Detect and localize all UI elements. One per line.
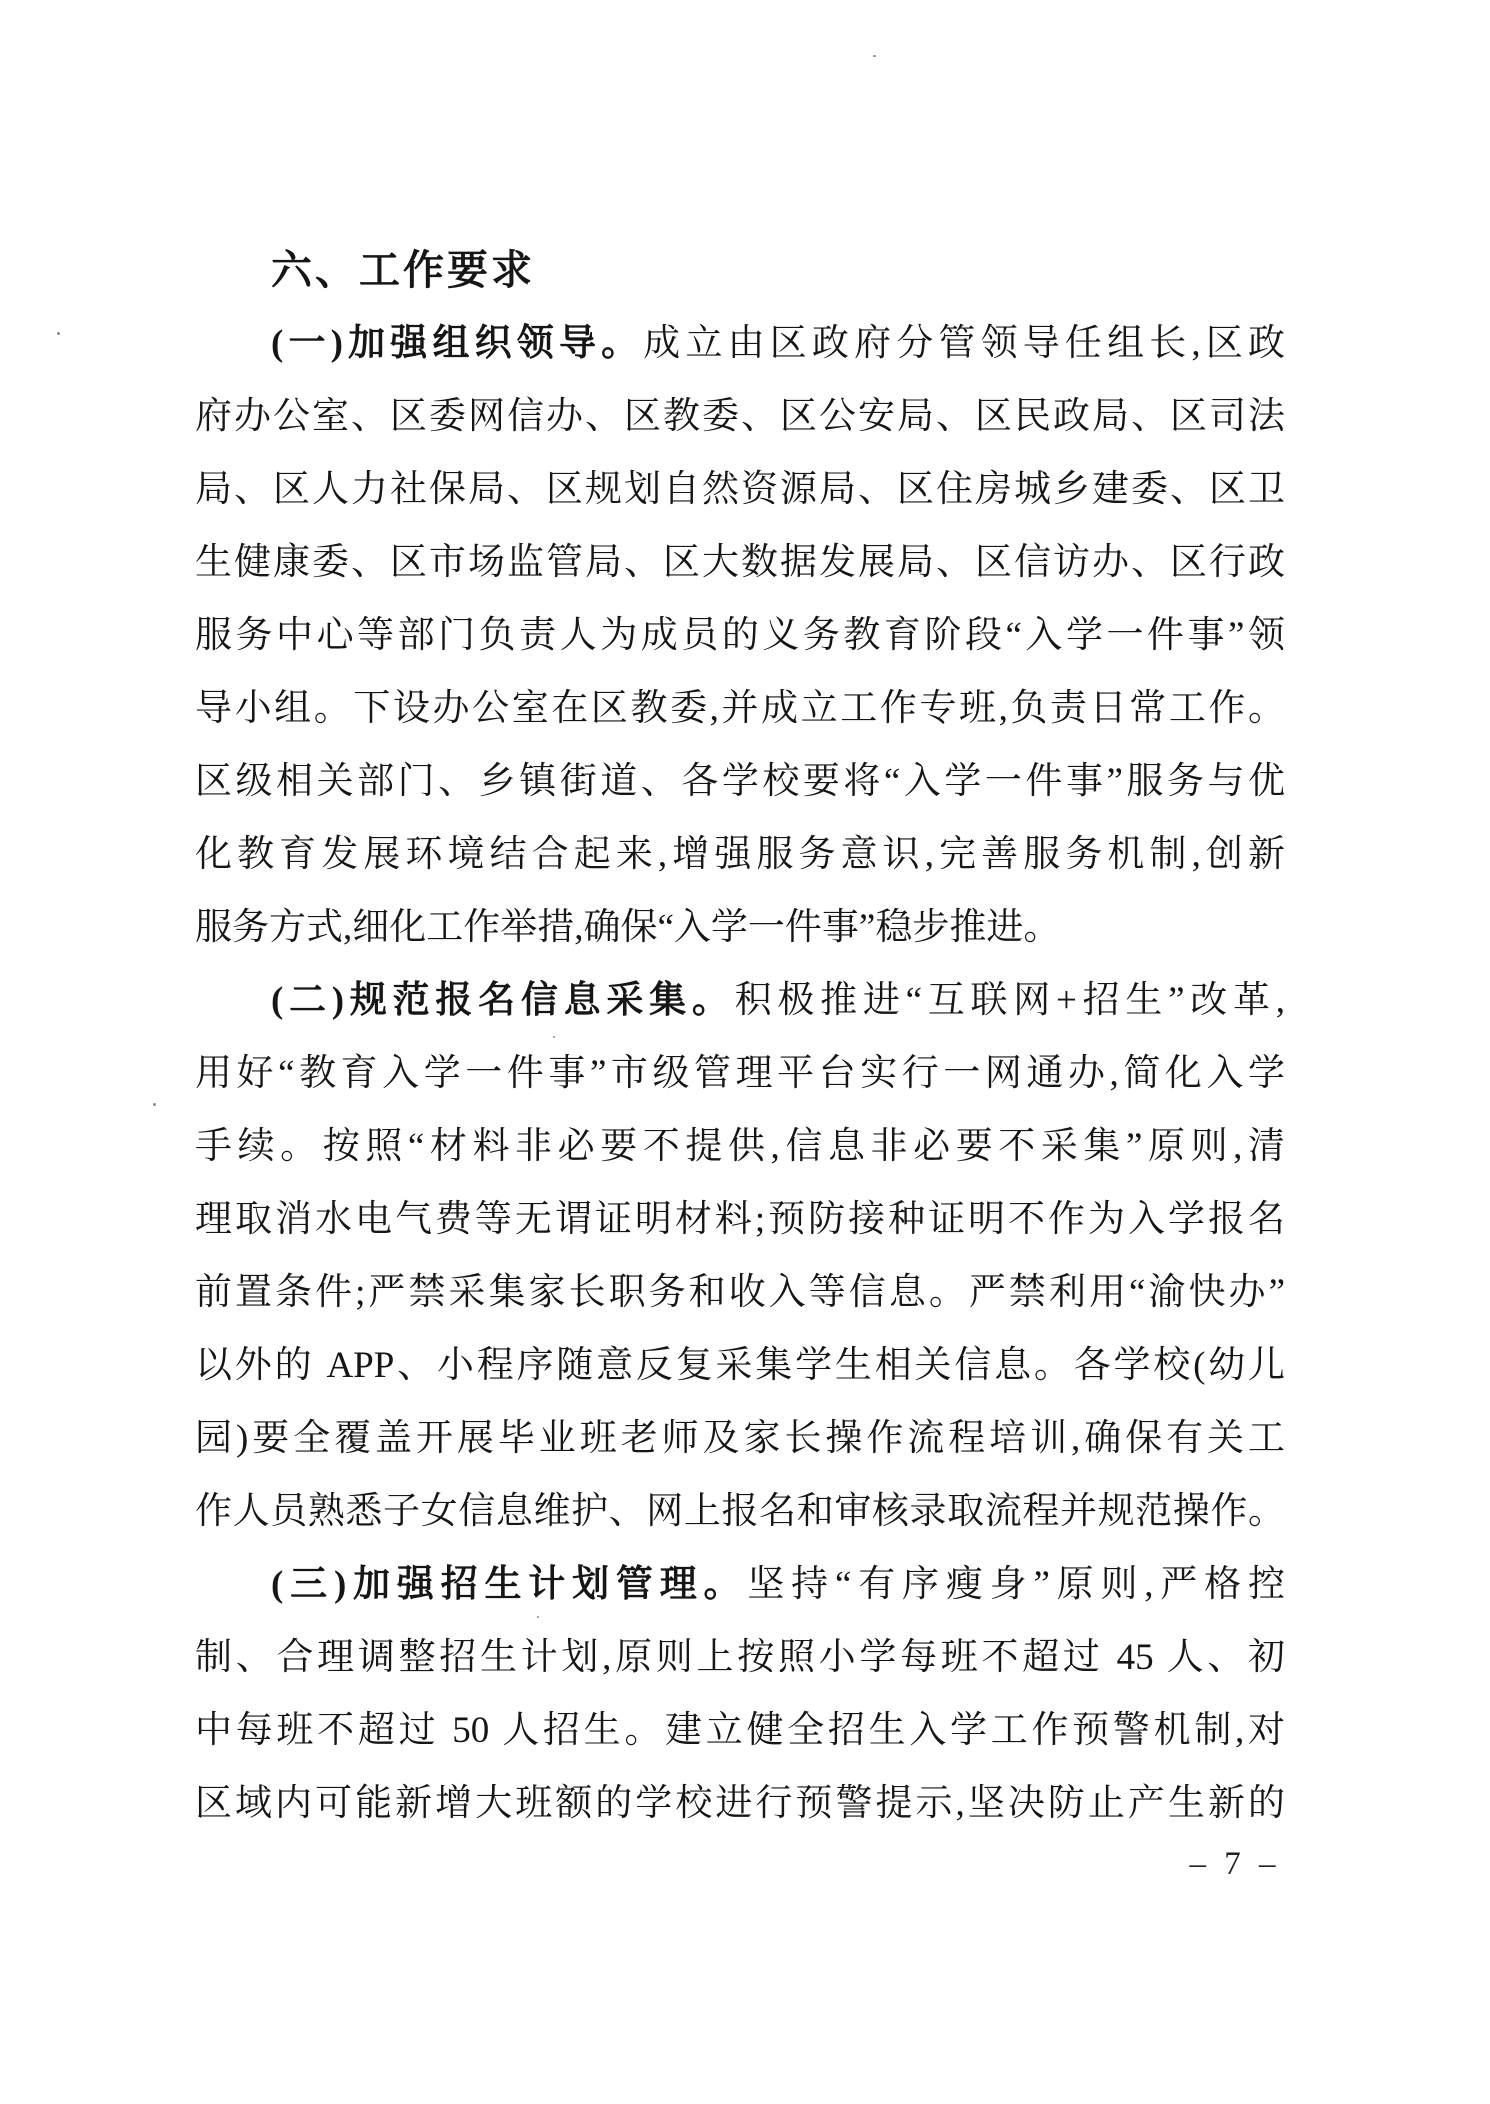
- text-line: 手续。按照“材料非必要不提供,信息非必要不采集”原则,清: [195, 1110, 1285, 1183]
- text-line: 区级相关部门、乡镇街道、各学校要将“入学一件事”服务与优: [195, 745, 1285, 818]
- text-line: 以外的 APP、小程序随意反复采集学生相关信息。各学校(幼儿: [195, 1329, 1285, 1402]
- text-line: 服务中心等部门负责人为成员的义务教育阶段“入学一件事”领: [195, 599, 1285, 672]
- text-line: 用好“教育入学一件事”市级管理平台实行一网通办,简化入学: [195, 1037, 1285, 1110]
- page-number: – 7 –: [1150, 1842, 1320, 1886]
- text-line: 理取消水电气费等无谓证明材料;预防接种证明不作为入学报名: [195, 1183, 1285, 1256]
- paragraph-lead: (三)加强招生计划管理。: [271, 1564, 747, 1605]
- text-line: 前置条件;严禁采集家长职务和收入等信息。严禁利用“渝快办”: [195, 1256, 1285, 1329]
- text-line: 府办公室、区委网信办、区教委、区公安局、区民政局、区司法: [195, 380, 1285, 453]
- scan-speck: [873, 55, 876, 57]
- text-line: (一)加强组织领导。成立由区政府分管领导任组长,区政: [195, 307, 1285, 380]
- text-line: 园)要全覆盖开展毕业班老师及家长操作流程培训,确保有关工: [195, 1402, 1285, 1475]
- paragraph-lead: (一)加强组织领导。: [271, 323, 643, 364]
- text-line: 服务方式,细化工作举措,确保“入学一件事”稳步推进。: [195, 891, 1285, 964]
- text-line: 制、合理调整招生计划,原则上按照小学每班不超过 45 人、初: [195, 1621, 1285, 1694]
- text-line: 化教育发展环境结合起来,增强服务意识,完善服务机制,创新: [195, 818, 1285, 891]
- scan-speck: [537, 1616, 539, 1618]
- text-line: 导小组。下设办公室在区教委,并成立工作专班,负责日常工作。: [195, 672, 1285, 745]
- paragraph-lead: (二)规范报名信息采集。: [271, 980, 735, 1021]
- text-line: 作人员熟悉子女信息维护、网上报名和审核录取流程并规范操作。: [195, 1475, 1285, 1548]
- document-body: 六、工作要求 (一)加强组织领导。成立由区政府分管领导任组长,区政府办公室、区委…: [195, 234, 1285, 1840]
- scan-speck: [153, 1103, 156, 1106]
- text-line: (三)加强招生计划管理。坚持“有序瘦身”原则,严格控: [195, 1548, 1285, 1621]
- document-page: 六、工作要求 (一)加强组织领导。成立由区政府分管领导任组长,区政府办公室、区委…: [0, 0, 1490, 2104]
- text-line: 中每班不超过 50 人招生。建立健全招生入学工作预警机制,对: [195, 1694, 1285, 1767]
- text-line: 局、区人力社保局、区规划自然资源局、区住房城乡建委、区卫: [195, 453, 1285, 526]
- text-line: 区域内可能新增大班额的学校进行预警提示,坚决防止产生新的: [195, 1767, 1285, 1840]
- text-line: 生健康委、区市场监管局、区大数据发展局、区信访办、区行政: [195, 526, 1285, 599]
- scan-speck: [57, 332, 60, 335]
- section-heading: 六、工作要求: [195, 234, 1285, 307]
- text-line: (二)规范报名信息采集。积极推进“互联网+招生”改革,: [195, 964, 1285, 1037]
- scan-speck: [553, 1036, 555, 1038]
